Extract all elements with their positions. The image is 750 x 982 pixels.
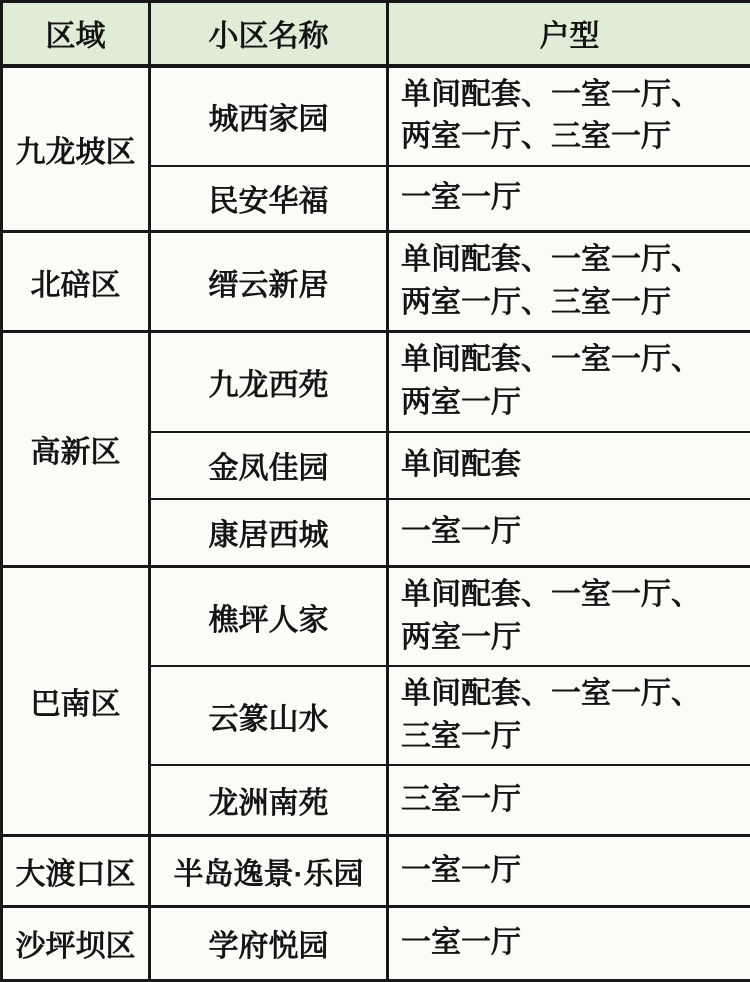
types-cell: 一室一厅 [388, 166, 750, 232]
district-cell-gaoxin: 高新区 [2, 332, 150, 567]
district-cell-banan: 巴南区 [2, 567, 150, 836]
col-header-unit-type: 户型 [388, 2, 750, 66]
types-cell: 一室一厅 [388, 835, 750, 906]
housing-table: 区域 小区名称 户型 九龙坡区 城西家园 单间配套、一室一厅、 两室一厅、三室一… [0, 0, 750, 982]
community-cell: 龙洲南苑 [150, 765, 388, 835]
community-cell: 学府悦园 [150, 906, 388, 980]
district-cell-beibei: 北碚区 [2, 232, 150, 332]
table-row: 北碚区 缙云新居 单间配套、一室一厅、 两室一厅、三室一厅 [2, 232, 750, 332]
types-cell: 单间配套 [388, 432, 750, 499]
table-row: 九龙坡区 城西家园 单间配套、一室一厅、 两室一厅、三室一厅 [2, 66, 750, 166]
types-cell: 单间配套、一室一厅、 两室一厅、三室一厅 [388, 66, 750, 166]
col-header-district: 区域 [2, 2, 150, 66]
page: 区域 小区名称 户型 九龙坡区 城西家园 单间配套、一室一厅、 两室一厅、三室一… [0, 0, 750, 951]
community-cell: 康居西城 [150, 499, 388, 567]
types-cell: 三室一厅 [388, 765, 750, 835]
types-cell: 单间配套、一室一厅、 三室一厅 [388, 666, 750, 765]
community-cell: 民安华福 [150, 166, 388, 232]
table-row: 高新区 九龙西苑 单间配套、一室一厅、 两室一厅 [2, 332, 750, 432]
types-cell: 单间配套、一室一厅、 两室一厅、三室一厅 [388, 232, 750, 332]
district-cell-jiulongpo: 九龙坡区 [2, 66, 150, 232]
community-cell: 樵坪人家 [150, 567, 388, 667]
header-row: 区域 小区名称 户型 [2, 2, 750, 66]
community-cell: 城西家园 [150, 66, 388, 166]
district-cell-shapingba: 沙坪坝区 [2, 906, 150, 980]
district-cell-dadukou: 大渡口区 [2, 835, 150, 906]
community-cell: 半岛逸景·乐园 [150, 835, 388, 906]
community-cell: 缙云新居 [150, 232, 388, 332]
col-header-community: 小区名称 [150, 2, 388, 66]
community-cell: 金凤佳园 [150, 432, 388, 499]
table-row: 大渡口区 半岛逸景·乐园 一室一厅 [2, 835, 750, 906]
community-cell: 九龙西苑 [150, 332, 388, 432]
types-cell: 一室一厅 [388, 906, 750, 980]
table-row: 巴南区 樵坪人家 单间配套、一室一厅、 两室一厅 [2, 567, 750, 667]
types-cell: 一室一厅 [388, 499, 750, 567]
types-cell: 单间配套、一室一厅、 两室一厅 [388, 332, 750, 432]
table-row: 沙坪坝区 学府悦园 一室一厅 [2, 906, 750, 980]
community-cell: 云篆山水 [150, 666, 388, 765]
types-cell: 单间配套、一室一厅、 两室一厅 [388, 567, 750, 667]
